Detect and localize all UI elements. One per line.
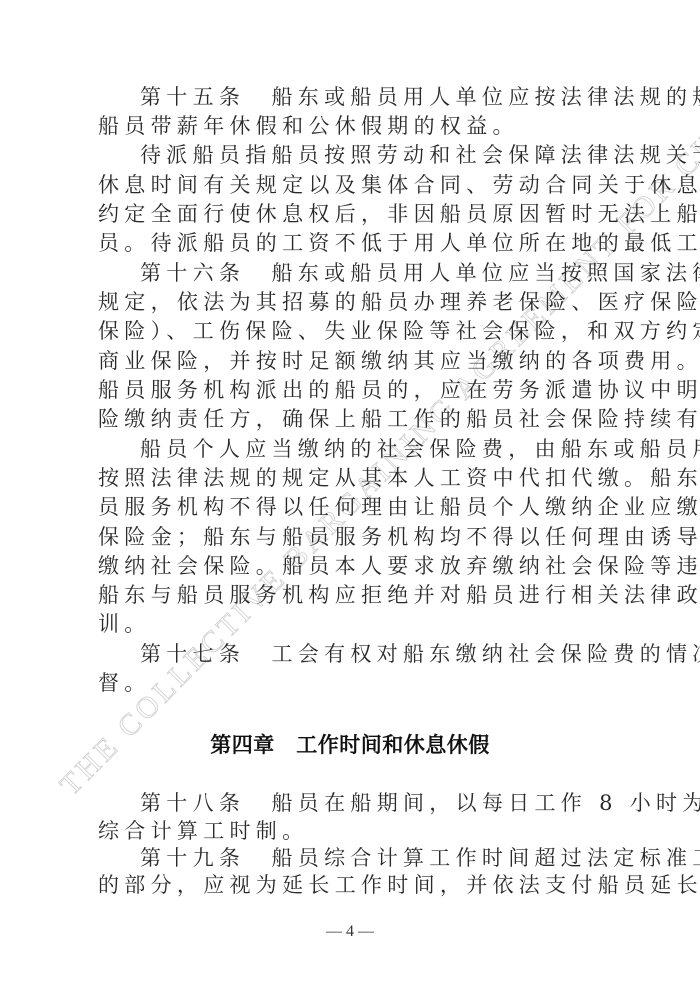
text-line: 船员个人应当缴纳的社会保险费，由船东或船员用人单位 [140, 435, 660, 463]
text-line: 第十五条 船东或船员用人单位应按法律法规的规定保证 [140, 83, 660, 111]
text-line: 第十七条 工会有权对船东缴纳社会保险费的情况实施监 [140, 640, 660, 668]
text-line: 员服务机构不得以任何理由让船员个人缴纳企业应缴纳的社会 [98, 493, 618, 521]
text-line: 第十九条 船员综合计算工作时间超过法定标准工作时间 [140, 844, 660, 872]
text-line: 船员服务机构派出的船员的，应在劳务派遣协议中明确社会保 [98, 376, 618, 404]
text-line: 约定全面行使休息权后，非因船员原因暂时无法上船工作的船 [98, 200, 618, 228]
text-line: 规定，依法为其招募的船员办理养老保险、医疗保险（含生育 [98, 288, 618, 316]
text-line: 缴纳社会保险。船员本人要求放弃缴纳社会保险等违法请求的， [98, 552, 618, 580]
text-line: 船员带薪年休假和公休假期的权益。 [98, 112, 618, 140]
text-line: 待派船员指船员按照劳动和社会保障法律法规关于劳动者 [140, 141, 660, 169]
page-number: — 4 — [0, 920, 700, 944]
text-line: 保险）、工伤保险、失业保险等社会保险，和双方约定的其他 [98, 317, 618, 345]
text-line: 第十六条 船东或船员用人单位应当按照国家法律法规的 [140, 259, 660, 287]
text-line: 综合计算工时制。 [98, 817, 618, 845]
text-line: 按照法律法规的规定从其本人工资中代扣代缴。船东应要求船 [98, 464, 618, 492]
text-line: 船东与船员服务机构应拒绝并对船员进行相关法律政策知识培 [98, 581, 618, 609]
text-line: 第十八条 船员在船期间，以每日工作 8 小时为依据施行 [140, 789, 660, 817]
text-line: 员。待派船员的工资不低于用人单位所在地的最低工资标准。 [98, 229, 618, 257]
text-line: 险缴纳责任方，确保上船工作的船员社会保险持续有效。 [98, 405, 618, 433]
text-line: 督。 [98, 669, 618, 697]
text-line: 保险金；船东与船员服务机构均不得以任何理由诱导船员放弃 [98, 523, 618, 551]
chapter-heading: 第四章 工作时间和休息休假 [0, 731, 700, 759]
document-page: THE COLLECTIVE BARGAINING AGREEMENT FOR … [0, 0, 700, 990]
text-line: 商业保险，并按时足额缴纳其应当缴纳的各项费用。船东招募 [98, 347, 618, 375]
text-line: 的部分，应视为延长工作时间，并依法支付船员延长工作时间 [98, 871, 618, 899]
text-line: 训。 [98, 610, 618, 638]
text-line: 休息时间有关规定以及集体合同、劳动合同关于休息时间有关 [98, 171, 618, 199]
